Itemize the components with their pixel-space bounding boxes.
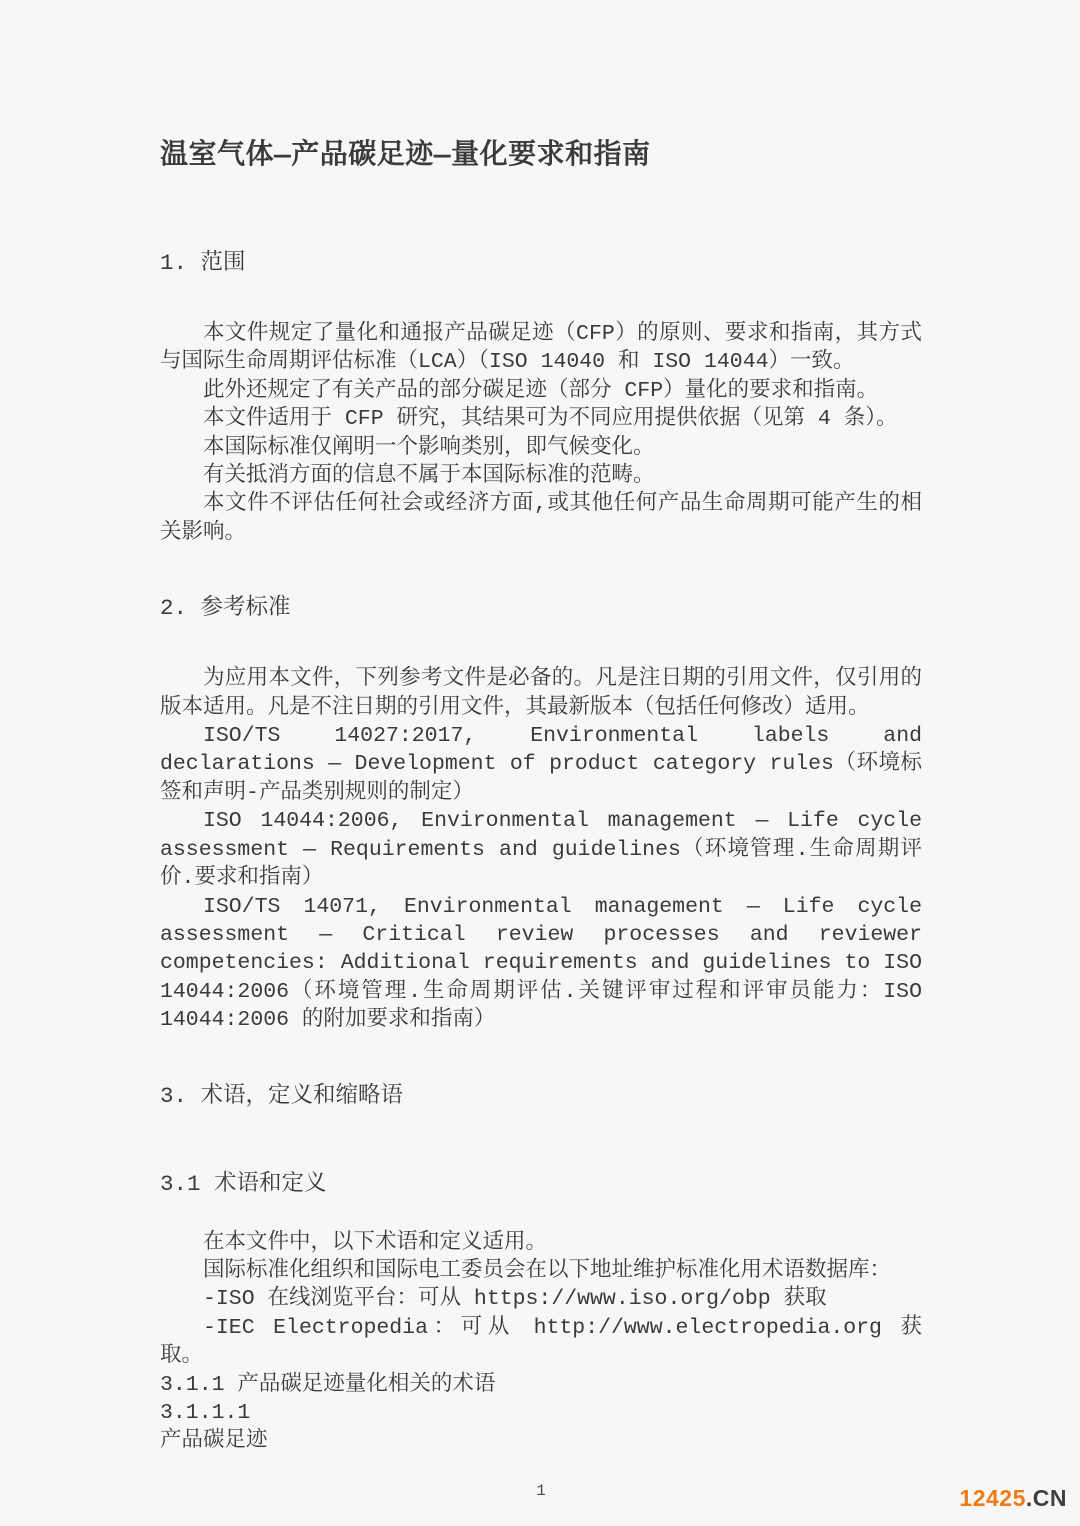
paragraph: -IEC Electropedia：可从 http://www.electrop… xyxy=(160,1314,922,1371)
section-heading: 2. 参考标准 xyxy=(160,593,922,623)
paragraph: 此外还规定了有关产品的部分碳足迹（部分 CFP）量化的要求和指南。 xyxy=(160,377,922,405)
document-title: 温室气体—产品碳足迹—量化要求和指南 xyxy=(160,140,922,174)
paragraph: 本文件适用于 CFP 研究，其结果可为不同应用提供依据（见第 4 条）。 xyxy=(160,405,922,433)
page-number: 1 xyxy=(536,1482,546,1500)
text-line: 3.1.1 产品碳足迹量化相关的术语 xyxy=(160,1371,922,1399)
paragraph: 在本文件中，以下术语和定义适用。 xyxy=(160,1229,922,1257)
document-content: 温室气体—产品碳足迹—量化要求和指南1. 范围本文件规定了量化和通报产品碳足迹（… xyxy=(160,140,922,1456)
paragraph: ISO/TS 14027:2017, Environmental labels … xyxy=(160,722,922,807)
text-line: 产品碳足迹 xyxy=(160,1427,922,1455)
watermark-site-text: 12425 xyxy=(959,1485,1025,1511)
paragraph: 本文件不评估任何社会或经济方面,或其他任何产品生命周期可能产生的相关影响。 xyxy=(160,490,922,547)
paragraph: ISO/TS 14071, Environmental management —… xyxy=(160,893,922,1035)
paragraph: 本文件规定了量化和通报产品碳足迹（CFP）的原则、要求和指南，其方式与国际生命周… xyxy=(160,320,922,377)
paragraph: 本国际标准仅阐明一个影响类别，即气候变化。 xyxy=(160,434,922,462)
paragraph: ISO 14044:2006, Environmental management… xyxy=(160,807,922,892)
site-watermark: 12425.CN xyxy=(959,1485,1067,1512)
section-heading: 3. 术语，定义和缩略语 xyxy=(160,1081,922,1111)
watermark-tld-text: .CN xyxy=(1026,1485,1067,1511)
section-heading: 1. 范围 xyxy=(160,248,922,278)
page-footer: 1 xyxy=(160,1482,922,1500)
paragraph: 为应用本文件，下列参考文件是必备的。凡是注日期的引用文件，仅引用的版本适用。凡是… xyxy=(160,665,922,722)
paragraph: 有关抵消方面的信息不属于本国际标准的范畴。 xyxy=(160,462,922,490)
paragraph: 国际标准化组织和国际电工委员会在以下地址维护标准化用术语数据库： xyxy=(160,1257,922,1285)
document-page: 温室气体—产品碳足迹—量化要求和指南1. 范围本文件规定了量化和通报产品碳足迹（… xyxy=(0,0,1080,1526)
paragraph: -ISO 在线浏览平台：可从 https://www.iso.org/obp 获… xyxy=(160,1285,922,1313)
subsection-heading: 3.1 术语和定义 xyxy=(160,1169,922,1199)
text-line: 3.1.1.1 xyxy=(160,1399,922,1427)
